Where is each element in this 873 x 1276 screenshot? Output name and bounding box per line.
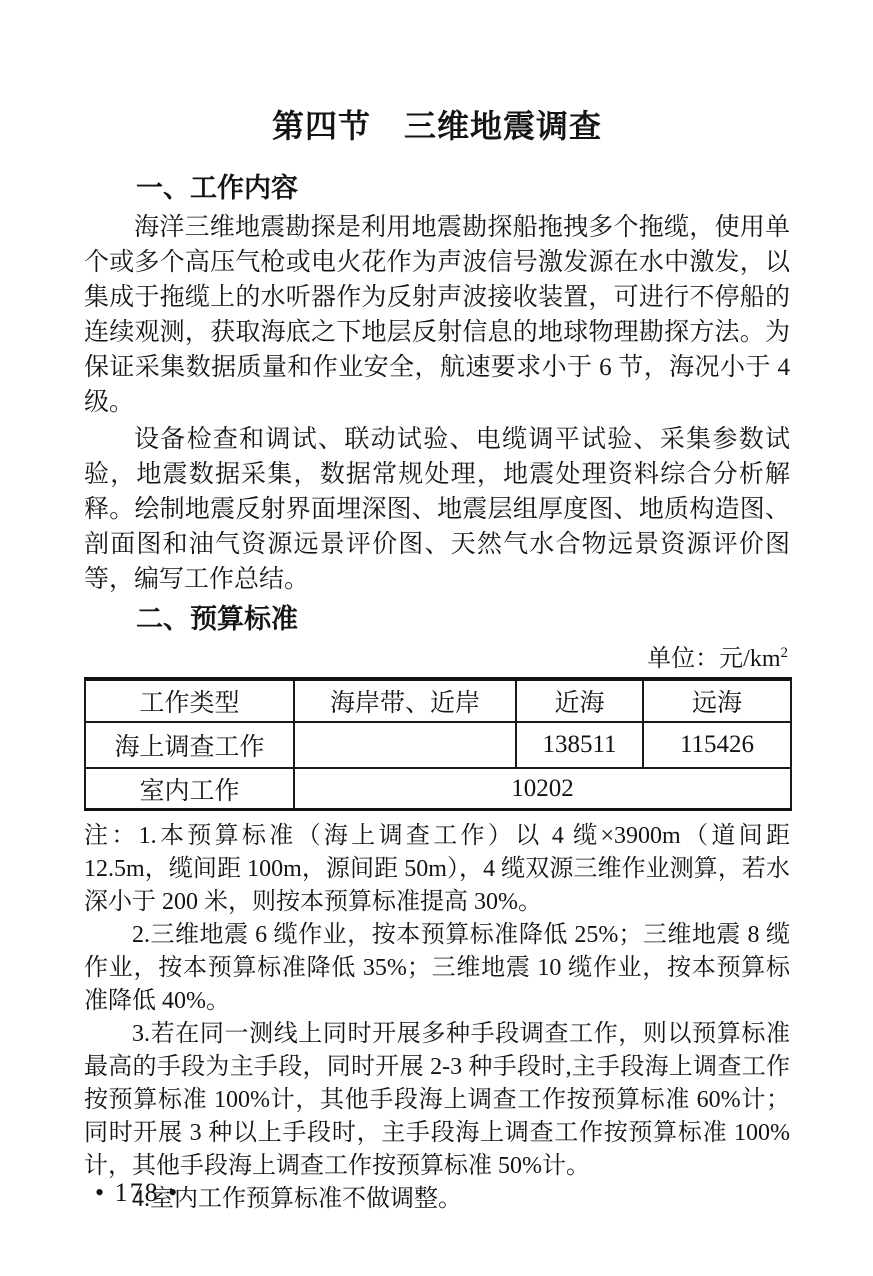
cell-indoor-type: 室内工作 <box>85 768 294 810</box>
page-title: 第四节 三维地震调查 <box>84 106 790 146</box>
note-1: 注：1.本预算标准（海上调查工作）以 4 缆×3900m（道间距 12.5m，缆… <box>84 820 790 919</box>
table-header-farsea: 远海 <box>643 679 791 722</box>
cell-indoor-value: 10202 <box>294 768 791 810</box>
table-unit-label: 单位：元/km2 <box>84 639 788 673</box>
budget-standard-table: 工作类型 海岸带、近岸 近海 远海 海上调查工作 138511 115426 室… <box>84 677 792 811</box>
section-heading-budget-standard: 二、预算标准 <box>136 603 790 635</box>
cell-offshore-coastal <box>294 722 516 768</box>
unit-superscript: 2 <box>781 645 789 661</box>
table-notes: 注：1.本预算标准（海上调查工作）以 4 缆×3900m（道间距 12.5m，缆… <box>84 820 790 1216</box>
page-content: 第四节 三维地震调查 一、工作内容 海洋三维地震勘探是利用地震勘探船拖拽多个拖缆… <box>84 0 790 1216</box>
document-page: 第四节 三维地震调查 一、工作内容 海洋三维地震勘探是利用地震勘探船拖拽多个拖缆… <box>0 0 873 1276</box>
table-header-row: 工作类型 海岸带、近岸 近海 远海 <box>85 679 791 722</box>
cell-offshore-farsea: 115426 <box>643 722 791 768</box>
note-4: 4.室内工作预算标准不做调整。 <box>84 1183 790 1216</box>
cell-offshore-type: 海上调查工作 <box>85 722 294 768</box>
table-row-offshore-survey: 海上调查工作 138511 115426 <box>85 722 791 768</box>
unit-label-text: 单位：元/km <box>647 646 780 672</box>
table-header-coastal-nearshore: 海岸带、近岸 <box>294 679 516 722</box>
table-header-work-type: 工作类型 <box>85 679 294 722</box>
paragraph-work-content-2: 设备检查和调试、联动试验、电缆调平试验、采集参数试验，地震数据采集，数据常规处理… <box>84 422 790 597</box>
paragraph-work-content-1: 海洋三维地震勘探是利用地震勘探船拖拽多个拖缆，使用单个或多个高压气枪或电火花作为… <box>84 210 790 420</box>
note-2: 2.三维地震 6 缆作业，按本预算标准降低 25%；三维地震 8 缆作业，按本预… <box>84 919 790 1018</box>
section-heading-work-content: 一、工作内容 <box>136 172 790 204</box>
table-row-indoor-work: 室内工作 10202 <box>85 768 791 810</box>
cell-offshore-nearsea: 138511 <box>516 722 643 768</box>
page-number: • 178 • <box>95 1178 179 1208</box>
note-3: 3.若在同一测线上同时开展多种手段调查工作，则以预算标准最高的手段为主手段，同时… <box>84 1018 790 1183</box>
table-header-nearsea: 近海 <box>516 679 643 722</box>
